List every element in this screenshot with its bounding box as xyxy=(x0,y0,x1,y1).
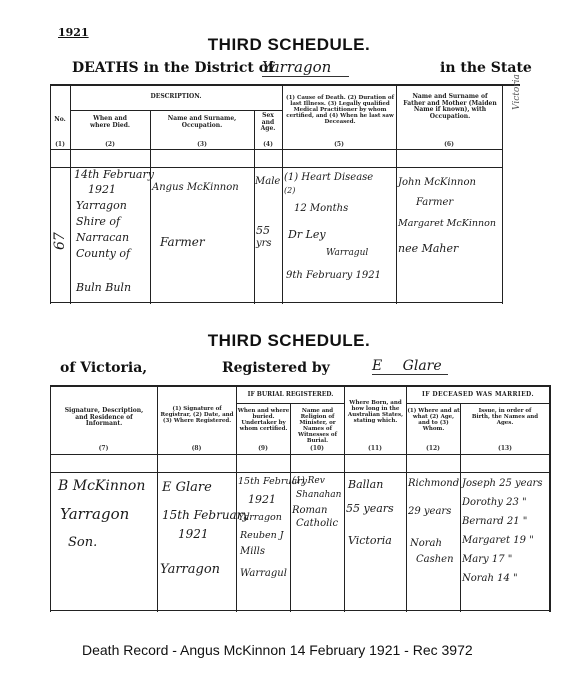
top-col-border-5 xyxy=(396,84,397,304)
undertaker-name: Reuben J xyxy=(240,530,284,541)
illness-duration: 12 Months xyxy=(294,203,348,214)
child-age: 23 " xyxy=(506,497,527,508)
last-seen-date: 9th February 1921 xyxy=(286,270,381,281)
death-place-line-4: County of xyxy=(76,247,130,260)
col-header-issue: Issue, in order of Birth, the Names and … xyxy=(470,408,540,426)
marriage-age: 29 years xyxy=(408,506,451,517)
col-num-7: (7) xyxy=(50,445,157,452)
death-place-line-5: Buln Buln xyxy=(76,281,131,294)
minister-title: (1) Rev xyxy=(292,476,325,486)
issue-child-4: Margaret 19 " xyxy=(462,535,534,546)
col-header-when-where: When and where Died. xyxy=(84,116,136,129)
bottom-table-data-top xyxy=(50,472,550,473)
top-col-border-2 xyxy=(150,110,151,304)
burial-place: Yarragon xyxy=(238,512,282,523)
col-header-informant: Signature, Description, and Residence of… xyxy=(62,408,146,428)
informant-relation: Son. xyxy=(68,535,97,550)
bottom-table-header-bottom xyxy=(50,454,550,455)
col-header-cause: (1) Cause of Death. (2) Duration of last… xyxy=(286,95,394,125)
col-header-birthplace: Where Born, and how long in the Australi… xyxy=(345,400,406,424)
religion-line-2: Catholic xyxy=(296,518,338,529)
victoria-label: of Victoria, xyxy=(60,360,147,376)
bottom-col-border-6 xyxy=(460,403,461,612)
burial-year: 1921 xyxy=(248,493,276,506)
col-num-5: (5) xyxy=(282,141,396,148)
issue-child-1: Joseph 25 years xyxy=(462,478,542,489)
col-header-name: Name and Surname, Occupation. xyxy=(160,116,244,129)
child-name: Joseph xyxy=(462,478,496,489)
col-header-marriage: (1) Where and at what (2) Age, and to (3… xyxy=(407,408,460,432)
top-col-border-4 xyxy=(282,84,283,304)
record-caption: Death Record - Angus McKinnon 14 Februar… xyxy=(82,642,473,658)
death-date-line-1: 14th February xyxy=(74,168,154,181)
father-name: John McKinnon xyxy=(398,177,476,188)
col-num-2: (2) xyxy=(70,141,150,148)
practitioner-location: Warragul xyxy=(326,248,368,258)
margin-note-victoria: Victoria xyxy=(512,74,522,110)
deceased-age-unit: yrs xyxy=(256,238,272,249)
deceased-occupation: Farmer xyxy=(160,235,205,249)
death-date-line-2: 1921 xyxy=(88,183,116,196)
top-col-border-1 xyxy=(70,84,71,304)
district-value: Yarragon xyxy=(262,58,349,77)
death-place-line-3: Narracan xyxy=(76,231,129,244)
top-table-border-top xyxy=(50,84,520,86)
informant-signature: B McKinnon xyxy=(58,478,145,494)
minister-name: Shanahan xyxy=(296,490,341,500)
illness-duration-label: (2) xyxy=(284,186,295,195)
spouse-first-name: Norah xyxy=(410,538,442,549)
deceased-sex: Male xyxy=(255,176,280,187)
issue-child-3: Bernard 21 " xyxy=(462,516,527,527)
bottom-table-border-top xyxy=(50,385,550,387)
bottom-table-data-bottom xyxy=(50,610,550,611)
birth-state: Victoria xyxy=(348,534,392,547)
child-name: Bernard xyxy=(462,516,504,527)
child-age: 19 " xyxy=(513,535,534,546)
child-name: Dorothy xyxy=(462,497,503,508)
father-occupation: Farmer xyxy=(416,197,453,208)
deceased-married-header: IF DECEASED WAS MARRIED. xyxy=(406,392,550,399)
registered-by-label: Registered by xyxy=(222,360,330,376)
entry-number: 67 xyxy=(52,232,68,250)
top-schedule-title: THIRD SCHEDULE. xyxy=(0,35,578,55)
registration-year: 1921 xyxy=(178,527,209,541)
death-place-line-1: Yarragon xyxy=(76,199,127,212)
deceased-age: 55 xyxy=(256,224,270,237)
registration-date: 15th February xyxy=(162,508,249,522)
issue-child-5: Mary 17 " xyxy=(462,554,512,565)
mother-name: Margaret McKinnon xyxy=(398,218,496,229)
col-num-10: (10) xyxy=(290,445,344,452)
mother-maiden-name: nee Maher xyxy=(398,242,458,255)
deaths-district-label: DEATHS in the District of xyxy=(72,60,274,76)
child-age: 21 " xyxy=(507,516,528,527)
col-num-3: (3) xyxy=(150,141,254,148)
col-header-parents: Name and Surname of Father and Mother (M… xyxy=(402,94,498,120)
col-num-4: (4) xyxy=(254,141,282,148)
col-num-9: (9) xyxy=(236,445,290,452)
birthplace: Ballan xyxy=(348,478,383,491)
col-num-12: (12) xyxy=(406,445,460,452)
col-num-13: (13) xyxy=(460,445,550,452)
child-age: 14 " xyxy=(497,573,518,584)
years-in-state: 55 years xyxy=(346,502,394,515)
child-age: 17 " xyxy=(492,554,513,565)
bottom-col-border-7 xyxy=(549,385,551,612)
medical-practitioner: Dr Ley xyxy=(288,228,326,241)
col-num-8: (8) xyxy=(157,445,236,452)
col-num-6: (6) xyxy=(396,141,502,148)
married-header-divider xyxy=(406,403,550,404)
informant-residence: Yarragon xyxy=(60,505,129,523)
registration-place: Yarragon xyxy=(160,562,220,577)
description-header: DESCRIPTION. xyxy=(70,94,282,101)
death-place-line-2: Shire of xyxy=(76,215,120,228)
top-description-divider xyxy=(70,110,282,111)
top-table-header-bottom xyxy=(50,149,502,150)
deceased-name: Angus McKinnon xyxy=(152,182,239,193)
col-header-sex-age: Sex and Age. xyxy=(255,113,281,133)
cause-of-death: (1) Heart Disease xyxy=(284,172,373,183)
top-col-border-6 xyxy=(502,84,503,304)
col-header-burial: When and where buried. Undertaker by who… xyxy=(237,408,290,432)
child-age: 25 years xyxy=(499,478,542,489)
issue-child-2: Dorothy 23 " xyxy=(462,497,527,508)
registrar-signature: E Glare xyxy=(162,480,212,495)
col-num-1: (1) xyxy=(50,141,70,148)
col-header-minister: Name and Religion of Minister, or Names … xyxy=(291,408,344,444)
col-header-registrar: (1) Signature of Registrar, (2) Date, an… xyxy=(158,406,236,424)
burial-registered-header: IF BURIAL REGISTERED. xyxy=(237,392,344,399)
top-col-border-3 xyxy=(254,110,255,304)
religion-line-1: Roman xyxy=(292,505,327,516)
undertaker-surname: Mills xyxy=(240,546,265,557)
bottom-schedule-title: THIRD SCHEDULE. xyxy=(0,331,578,351)
marriage-place: Richmond xyxy=(408,478,459,489)
child-name: Norah xyxy=(462,573,494,584)
bottom-col-border-0 xyxy=(50,385,51,612)
col-header-no: No. xyxy=(50,117,70,124)
child-name: Mary xyxy=(462,554,489,565)
col-num-11: (11) xyxy=(344,445,406,452)
spouse-surname: Cashen xyxy=(416,554,454,565)
child-name: Margaret xyxy=(462,535,510,546)
issue-child-6: Norah 14 " xyxy=(462,573,518,584)
top-table-data-bottom xyxy=(50,302,502,303)
registered-by-value: E Glare xyxy=(372,358,448,375)
undertaker-location: Warragul xyxy=(240,568,287,579)
